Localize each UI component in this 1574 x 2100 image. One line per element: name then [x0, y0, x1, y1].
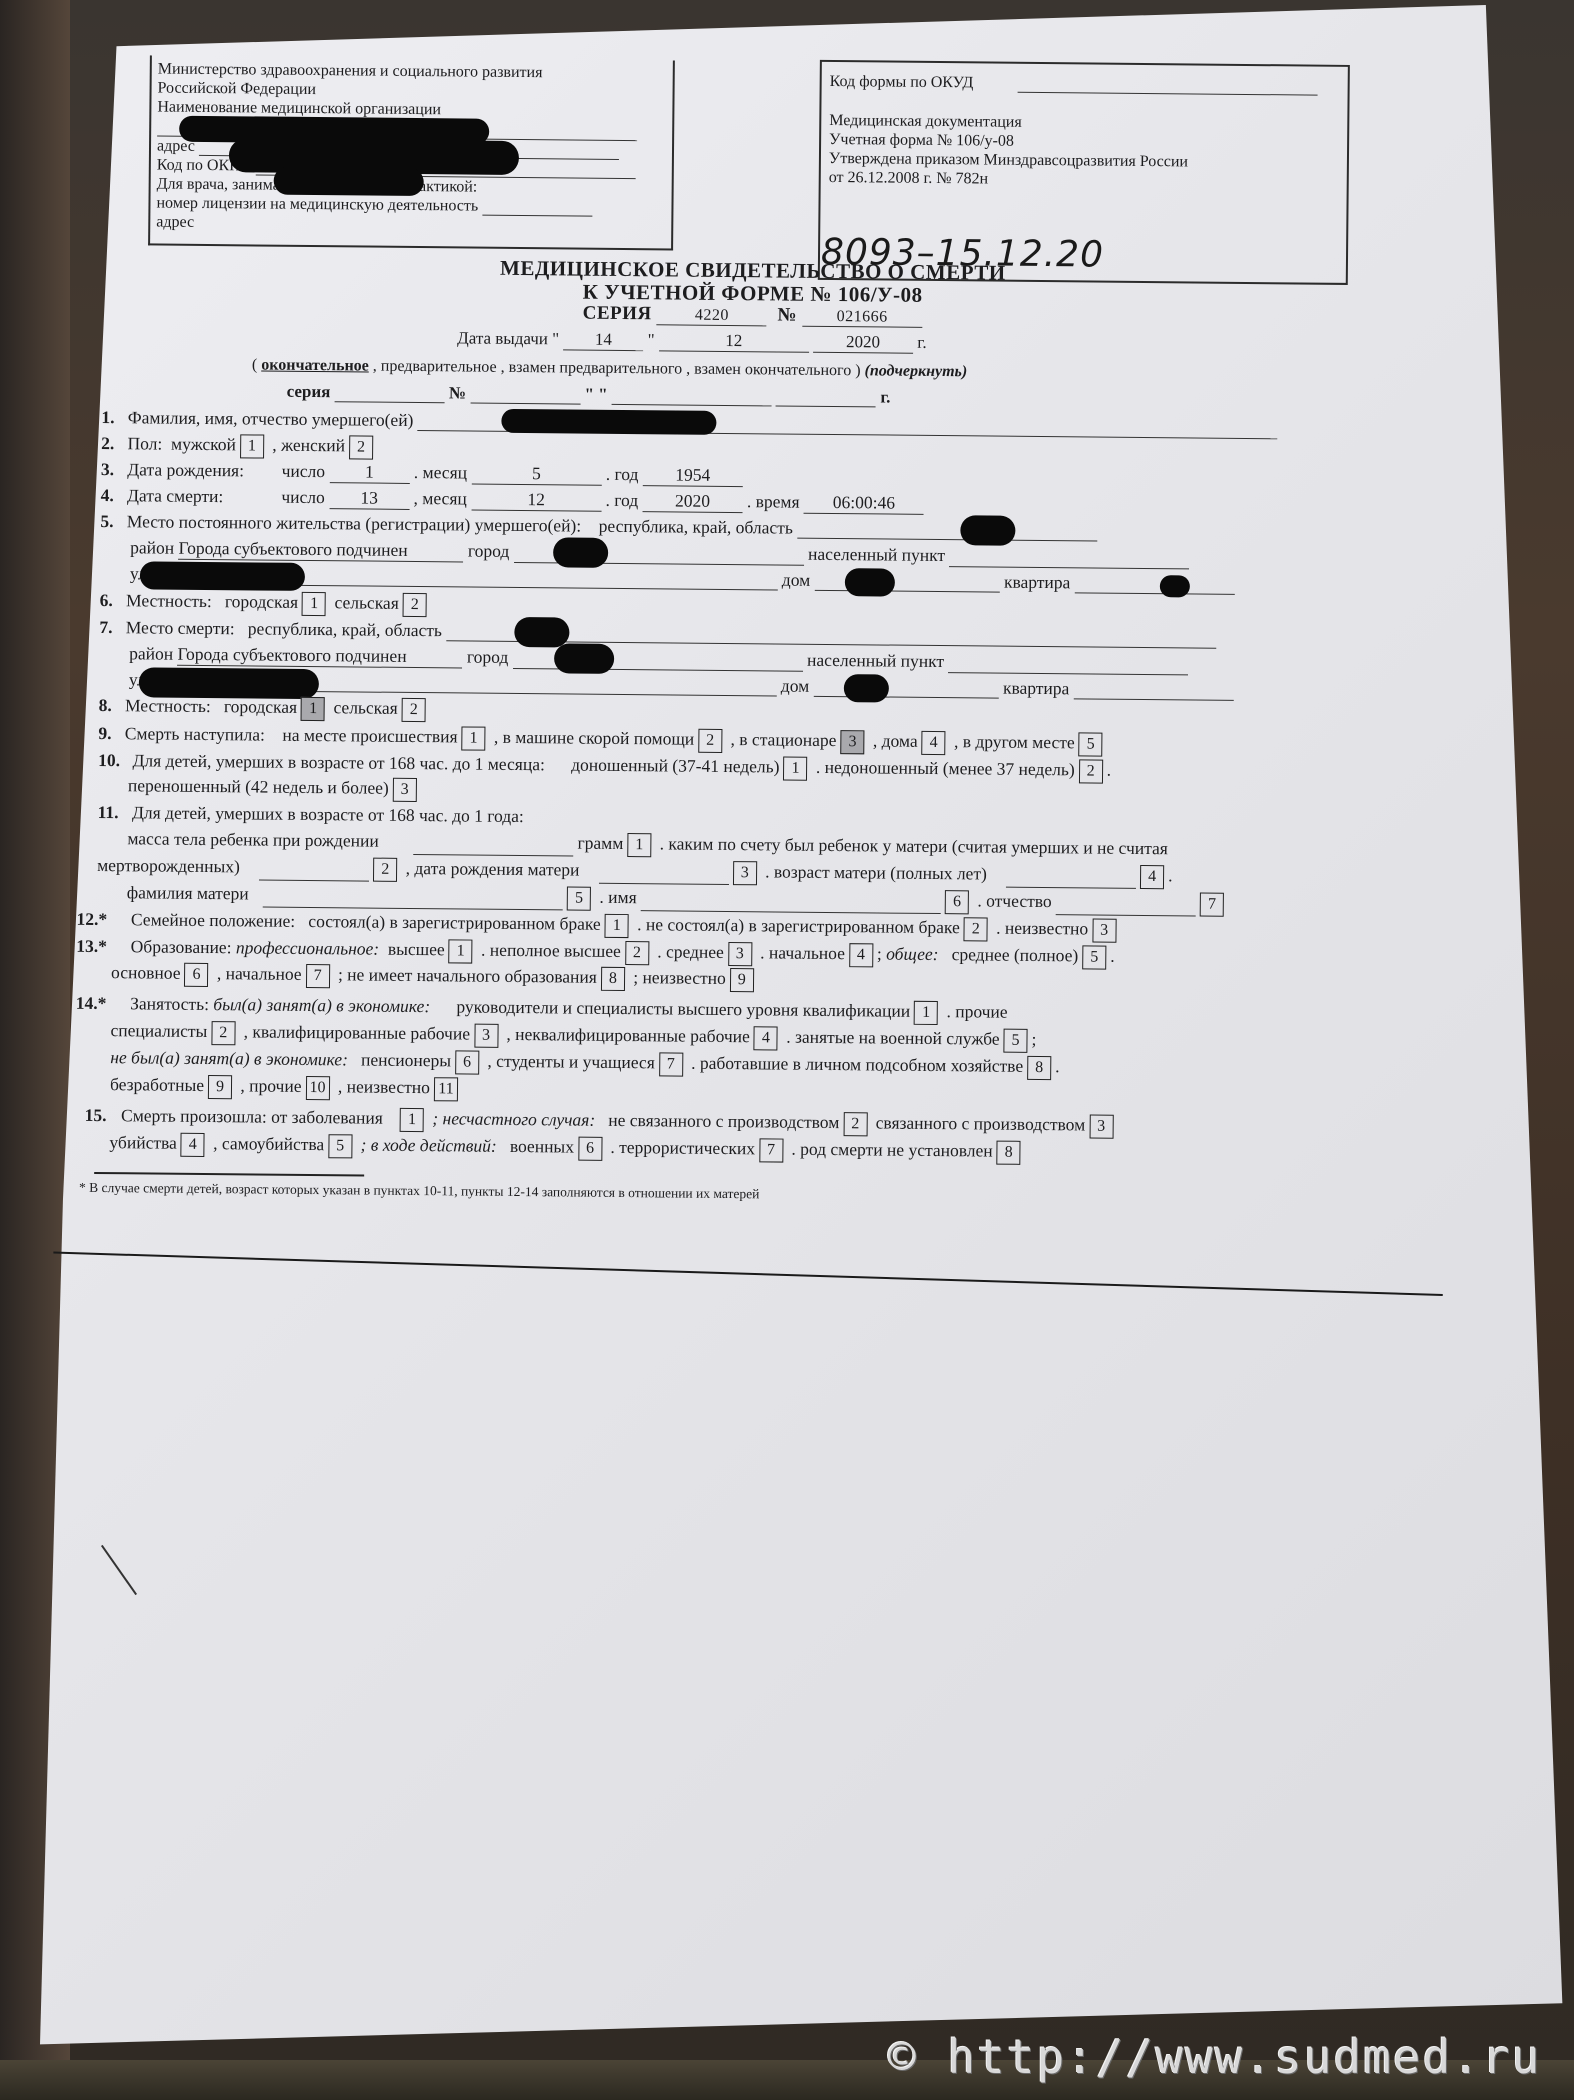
checkbox-rural[interactable]: 2: [403, 593, 427, 617]
item-number: 13.*: [76, 936, 126, 957]
time-label: . время: [747, 491, 800, 512]
house-label: дом: [781, 676, 810, 696]
option-unknown: , неизвестно: [338, 1076, 430, 1097]
status-final[interactable]: окончательное: [261, 357, 369, 375]
option-unskilled-workers: , неквалифицированные рабочие: [506, 1024, 750, 1046]
issue-day: 14: [563, 329, 643, 351]
checkbox-2[interactable]: 2: [843, 1112, 867, 1136]
item-8-locality: 8. Местность: городская1 сельская2: [99, 695, 430, 722]
item-number: 15.: [85, 1105, 117, 1126]
redaction-name: [501, 409, 716, 435]
checkbox-3[interactable]: 3: [393, 778, 417, 802]
series-label: СЕРИЯ: [583, 303, 652, 325]
redaction-death-city: [554, 643, 614, 674]
checkbox-9[interactable]: 9: [208, 1075, 232, 1099]
stillborn-label: мертворожденных): [97, 855, 240, 876]
checkbox-1[interactable]: 1: [461, 726, 485, 750]
prev-year-suffix: г.: [880, 387, 890, 406]
checkbox-6[interactable]: 6: [945, 890, 969, 914]
option-work-accident: связанного с производством: [876, 1112, 1086, 1134]
item-label: Место смерти:: [126, 617, 235, 638]
checkbox-4[interactable]: 4: [922, 731, 946, 755]
checkbox-3[interactable]: 3: [1089, 1114, 1113, 1138]
checkbox-rural[interactable]: 2: [402, 698, 426, 722]
option-homicide: убийства: [109, 1132, 177, 1153]
item-label: Дата рождения:: [127, 459, 277, 481]
option-ambulance: , в машине скорой помощи: [494, 727, 694, 749]
item-number: 11.: [98, 802, 128, 823]
checkbox-3-marked[interactable]: 3: [840, 730, 864, 754]
checkbox-6[interactable]: 6: [455, 1050, 479, 1074]
professional-label: профессиональное:: [236, 937, 379, 958]
item-number: 3.: [101, 459, 123, 480]
mother-dob-label: , дата рождения матери: [406, 858, 580, 880]
option-premature: . недоношенный (менее 37 недель): [816, 757, 1075, 779]
year-label: . год: [606, 464, 639, 484]
item-label: Образование:: [131, 936, 232, 957]
checkbox-7[interactable]: 7: [1200, 893, 1224, 917]
day-label: число: [282, 461, 326, 481]
checkbox-urban-marked[interactable]: 1: [301, 697, 325, 721]
option-non-work-accident: не связанного с производством: [608, 1110, 839, 1132]
option-disease: от заболевания: [271, 1107, 383, 1128]
checkbox-10[interactable]: 10: [305, 1076, 329, 1100]
item-label: Место постоянного жительства (регистраци…: [127, 511, 582, 535]
redaction-city: [553, 537, 608, 568]
option-managers: руководители и специалисты высшего уровн…: [456, 996, 910, 1020]
checkbox-1[interactable]: 1: [605, 914, 629, 938]
option-suicide: , самоубийства: [213, 1133, 324, 1154]
checkbox-2[interactable]: 2: [698, 729, 722, 753]
checkbox-5[interactable]: 5: [1079, 732, 1103, 756]
option-higher: высшее: [388, 939, 445, 960]
day-label: число: [281, 487, 325, 507]
item-label: Семейное положение:: [131, 909, 295, 931]
checkbox-5[interactable]: 5: [1082, 945, 1106, 969]
option-incomplete-higher: . неполное высшее: [481, 940, 621, 961]
option-rural: сельская: [333, 697, 397, 718]
checkbox-9[interactable]: 9: [730, 968, 754, 992]
apartment-label: квартира: [1004, 572, 1071, 593]
option-other-prefix: . прочие: [946, 1001, 1007, 1022]
item-number: 5.: [100, 511, 122, 532]
prev-quotes: " ": [584, 385, 607, 404]
option-no-education: ; не имеет начального образования: [338, 964, 597, 986]
checkbox-6[interactable]: 6: [184, 963, 208, 987]
item-label: Занятость:: [130, 993, 209, 1014]
checkbox-4[interactable]: 4: [181, 1133, 205, 1157]
option-terrorist: . террористических: [610, 1137, 755, 1158]
employed-label: был(а) занят(а) в экономике:: [213, 994, 430, 1016]
item-label: Для детей, умерших в возрасте от 168 час…: [132, 802, 524, 826]
prev-series-label: серия: [287, 382, 331, 401]
checkbox-5[interactable]: 5: [567, 886, 591, 910]
checkbox-5[interactable]: 5: [1003, 1029, 1027, 1053]
option-unemployed: безработные: [110, 1074, 204, 1095]
death-year-value[interactable]: 2020: [642, 490, 742, 513]
checkbox-female[interactable]: 2: [349, 435, 373, 459]
option-post-term: переношенный (42 недель и более): [128, 775, 389, 798]
checkbox-7[interactable]: 7: [305, 964, 329, 988]
item-6-locality: 6. Местность: городская1 сельская2: [100, 590, 431, 617]
status-instead-prelim[interactable]: взамен предварительного ,: [509, 359, 691, 378]
okud-label: Код формы по ОКУД: [830, 73, 974, 91]
item-10-post-term: переношенный (42 недель и более)3: [128, 775, 421, 802]
watermark: © http://www.sudmed.ru: [888, 2030, 1541, 2084]
option-other: , прочие: [240, 1075, 301, 1096]
checkbox-3[interactable]: 3: [728, 942, 752, 966]
option-household: . работавшие в личном подсобном хозяйств…: [691, 1053, 1023, 1076]
option-male: мужской: [171, 434, 236, 455]
redaction-house: [845, 568, 895, 596]
checkbox-5[interactable]: 5: [328, 1134, 352, 1158]
option-skilled-workers: , квалифицированные рабочие: [244, 1021, 471, 1043]
checkbox-2[interactable]: 2: [373, 858, 397, 882]
option-specialists: специалисты: [110, 1020, 207, 1041]
accident-label: ; несчастного случая:: [432, 1108, 595, 1130]
mother-age-label: . возраст матери (полных лет): [765, 861, 987, 883]
death-time-value[interactable]: 06:00:46: [804, 492, 924, 515]
issue-date-label: Дата выдачи ": [457, 328, 559, 348]
redaction-death-region: [514, 617, 569, 648]
option-hospital: , в стационаре: [731, 729, 837, 750]
option-married: состоял(а) в зарегистрированном браке: [308, 911, 601, 934]
checkbox-8[interactable]: 8: [601, 967, 625, 991]
checkbox-8[interactable]: 8: [1027, 1056, 1051, 1080]
option-urban: городская: [225, 591, 298, 612]
issue-quote: ": [648, 330, 655, 349]
status-prelim[interactable]: , предварительное ,: [373, 358, 505, 376]
status-hint: (подчеркнуть): [864, 362, 967, 380]
item-label: Смерть наступила:: [125, 723, 265, 744]
redaction-death-house: [844, 674, 889, 702]
option-unknown: ; неизвестно: [633, 967, 726, 988]
item-number: 9.: [98, 723, 120, 744]
region-label: республика, край, область: [248, 618, 442, 640]
option-not-married: . не состоял(а) в зарегистрированном бра…: [637, 914, 960, 937]
option-primary-general: , начальное: [217, 963, 302, 984]
option-other-place: , в другом месте: [954, 731, 1075, 752]
option-secondary-full: среднее (полное): [952, 944, 1079, 965]
issue-year-suffix: г.: [917, 333, 926, 352]
checkbox-1[interactable]: 1: [449, 939, 473, 963]
item-label: Пол:: [127, 433, 162, 453]
city-label: город: [467, 647, 509, 667]
item-number: 8.: [99, 695, 121, 716]
option-female: , женский: [272, 435, 345, 456]
item-number: 4.: [101, 485, 123, 506]
checkbox-3[interactable]: 3: [474, 1024, 498, 1048]
redaction-death-street: [139, 667, 319, 699]
item-number: 7.: [99, 617, 121, 638]
district-label: район: [130, 537, 174, 557]
checkbox-1[interactable]: 1: [783, 757, 807, 781]
item-number: 1.: [101, 407, 123, 428]
item-label: Фамилия, имя, отчество умершего(ей): [128, 407, 414, 430]
prev-number-label: №: [449, 383, 466, 402]
option-students: , студенты и учащиеся: [487, 1051, 655, 1073]
year-label: . год: [605, 490, 638, 510]
item-label: Местность:: [126, 590, 212, 611]
checkbox-1[interactable]: 1: [914, 1001, 938, 1025]
checkbox-4[interactable]: 4: [1140, 865, 1164, 889]
grams-label: грамм: [577, 833, 623, 853]
item-label: Дата смерти:: [127, 485, 277, 507]
residence-district-value[interactable]: Города субъектового подчинен: [178, 538, 463, 563]
checkbox-1[interactable]: 1: [400, 1108, 424, 1132]
death-month-value[interactable]: 12: [471, 489, 601, 512]
house-label: дом: [782, 570, 811, 590]
death-day-value[interactable]: 13: [329, 487, 409, 510]
redaction-region: [960, 515, 1015, 546]
checkbox-4[interactable]: 4: [754, 1026, 778, 1050]
issue-month: 12: [659, 330, 809, 352]
hostilities-label: ; в ходе действий:: [361, 1135, 497, 1156]
birth-year-value[interactable]: 1954: [643, 464, 743, 487]
settlement-label: населенный пункт: [807, 650, 944, 671]
status-open: (: [252, 356, 257, 373]
item-label: Местность:: [125, 695, 211, 716]
checkbox-6[interactable]: 6: [578, 1137, 602, 1161]
number-value: 021666: [802, 308, 922, 328]
checkbox-urban[interactable]: 1: [302, 592, 326, 616]
birth-day-value[interactable]: 1: [329, 461, 409, 484]
city-label: город: [468, 541, 510, 561]
checkbox-2[interactable]: 2: [1079, 759, 1103, 783]
checkbox-8[interactable]: 8: [997, 1141, 1021, 1165]
item-label: Смерть произошла:: [121, 1105, 267, 1126]
option-unknown: . неизвестно: [996, 918, 1088, 939]
redaction-street: [140, 561, 305, 591]
birth-weight-label: масса тела ребенка при рождении: [127, 828, 379, 850]
mother-patronymic-label: . отчество: [977, 890, 1051, 911]
redaction-okpo: [274, 167, 424, 196]
not-employed-label: не был(а) занят(а) в экономике:: [110, 1047, 348, 1069]
region-label: республика, край, область: [599, 516, 793, 538]
checkbox-4[interactable]: 4: [849, 943, 873, 967]
district-label: район: [129, 643, 173, 663]
series-value: 4220: [657, 306, 767, 326]
option-undetermined: . род смерти не установлен: [791, 1139, 992, 1161]
redaction-apartment: [1160, 575, 1190, 597]
death-district-value[interactable]: Города субъектового подчинен: [177, 644, 462, 669]
item-2-sex: 2. Пол: мужской1 , женский2: [101, 433, 377, 460]
item-11-infant: 11. Для детей, умерших в возрасте от 168…: [98, 802, 524, 827]
option-urban: городская: [224, 696, 297, 717]
birth-order-label: . каким по счету был ребенок у матери (с…: [660, 833, 1168, 858]
number-label: №: [777, 304, 797, 325]
option-rural: сельская: [334, 592, 398, 613]
month-label: , месяц: [413, 488, 466, 509]
item-14-employment-line4: безработные9 , прочие10 , неизвестно11: [110, 1074, 462, 1101]
item-number: 2.: [101, 433, 123, 454]
option-basic: основное: [111, 962, 181, 983]
issue-date-line: Дата выдачи " 14 " 12 2020 г.: [457, 328, 927, 354]
option-military-action: военных: [510, 1136, 574, 1157]
option-primary: . начальное: [760, 942, 845, 963]
option-pensioners: пенсионеры: [361, 1050, 451, 1071]
item-label: Для детей, умерших в возрасте от 168 час…: [132, 750, 545, 774]
settlement-label: населенный пункт: [808, 544, 945, 565]
birth-month-value[interactable]: 5: [471, 463, 601, 486]
checkbox-2[interactable]: 2: [964, 917, 988, 941]
option-full-term: доношенный (37-41 недель): [571, 755, 780, 777]
checkbox-2[interactable]: 2: [211, 1021, 235, 1045]
status-instead-final[interactable]: взамен окончательного ): [694, 361, 861, 380]
month-label: . месяц: [414, 462, 467, 483]
order-label: от 26.12.2008 г. № 782н: [829, 168, 1339, 192]
mother-name-label: . имя: [599, 887, 636, 907]
checkbox-2[interactable]: 2: [625, 941, 649, 965]
mother-surname-label: фамилия матери: [127, 882, 249, 903]
apartment-label: квартира: [1003, 678, 1070, 699]
checkbox-3[interactable]: 3: [733, 861, 757, 885]
license-label: номер лицензии на медицинскую деятельнос…: [156, 195, 478, 215]
item-number: 12.*: [77, 909, 127, 930]
item-number: 10.: [98, 750, 128, 771]
checkbox-3[interactable]: 3: [1092, 919, 1116, 943]
item-number: 6.: [100, 590, 122, 611]
issue-year: 2020: [813, 332, 913, 354]
checkbox-1[interactable]: 1: [627, 833, 651, 857]
checkbox-male[interactable]: 1: [240, 434, 264, 458]
option-military: . занятые на военной службе: [786, 1027, 1000, 1049]
checkbox-7[interactable]: 7: [759, 1138, 783, 1162]
item-number: 14.*: [76, 993, 126, 1014]
general-label: общее:: [886, 944, 939, 965]
option-secondary: . среднее: [657, 941, 724, 962]
option-accident-site: на месте происшествия: [282, 725, 457, 747]
checkbox-7[interactable]: 7: [659, 1052, 683, 1076]
option-home: , дома: [873, 730, 918, 750]
checkbox-11[interactable]: 11: [434, 1077, 458, 1101]
